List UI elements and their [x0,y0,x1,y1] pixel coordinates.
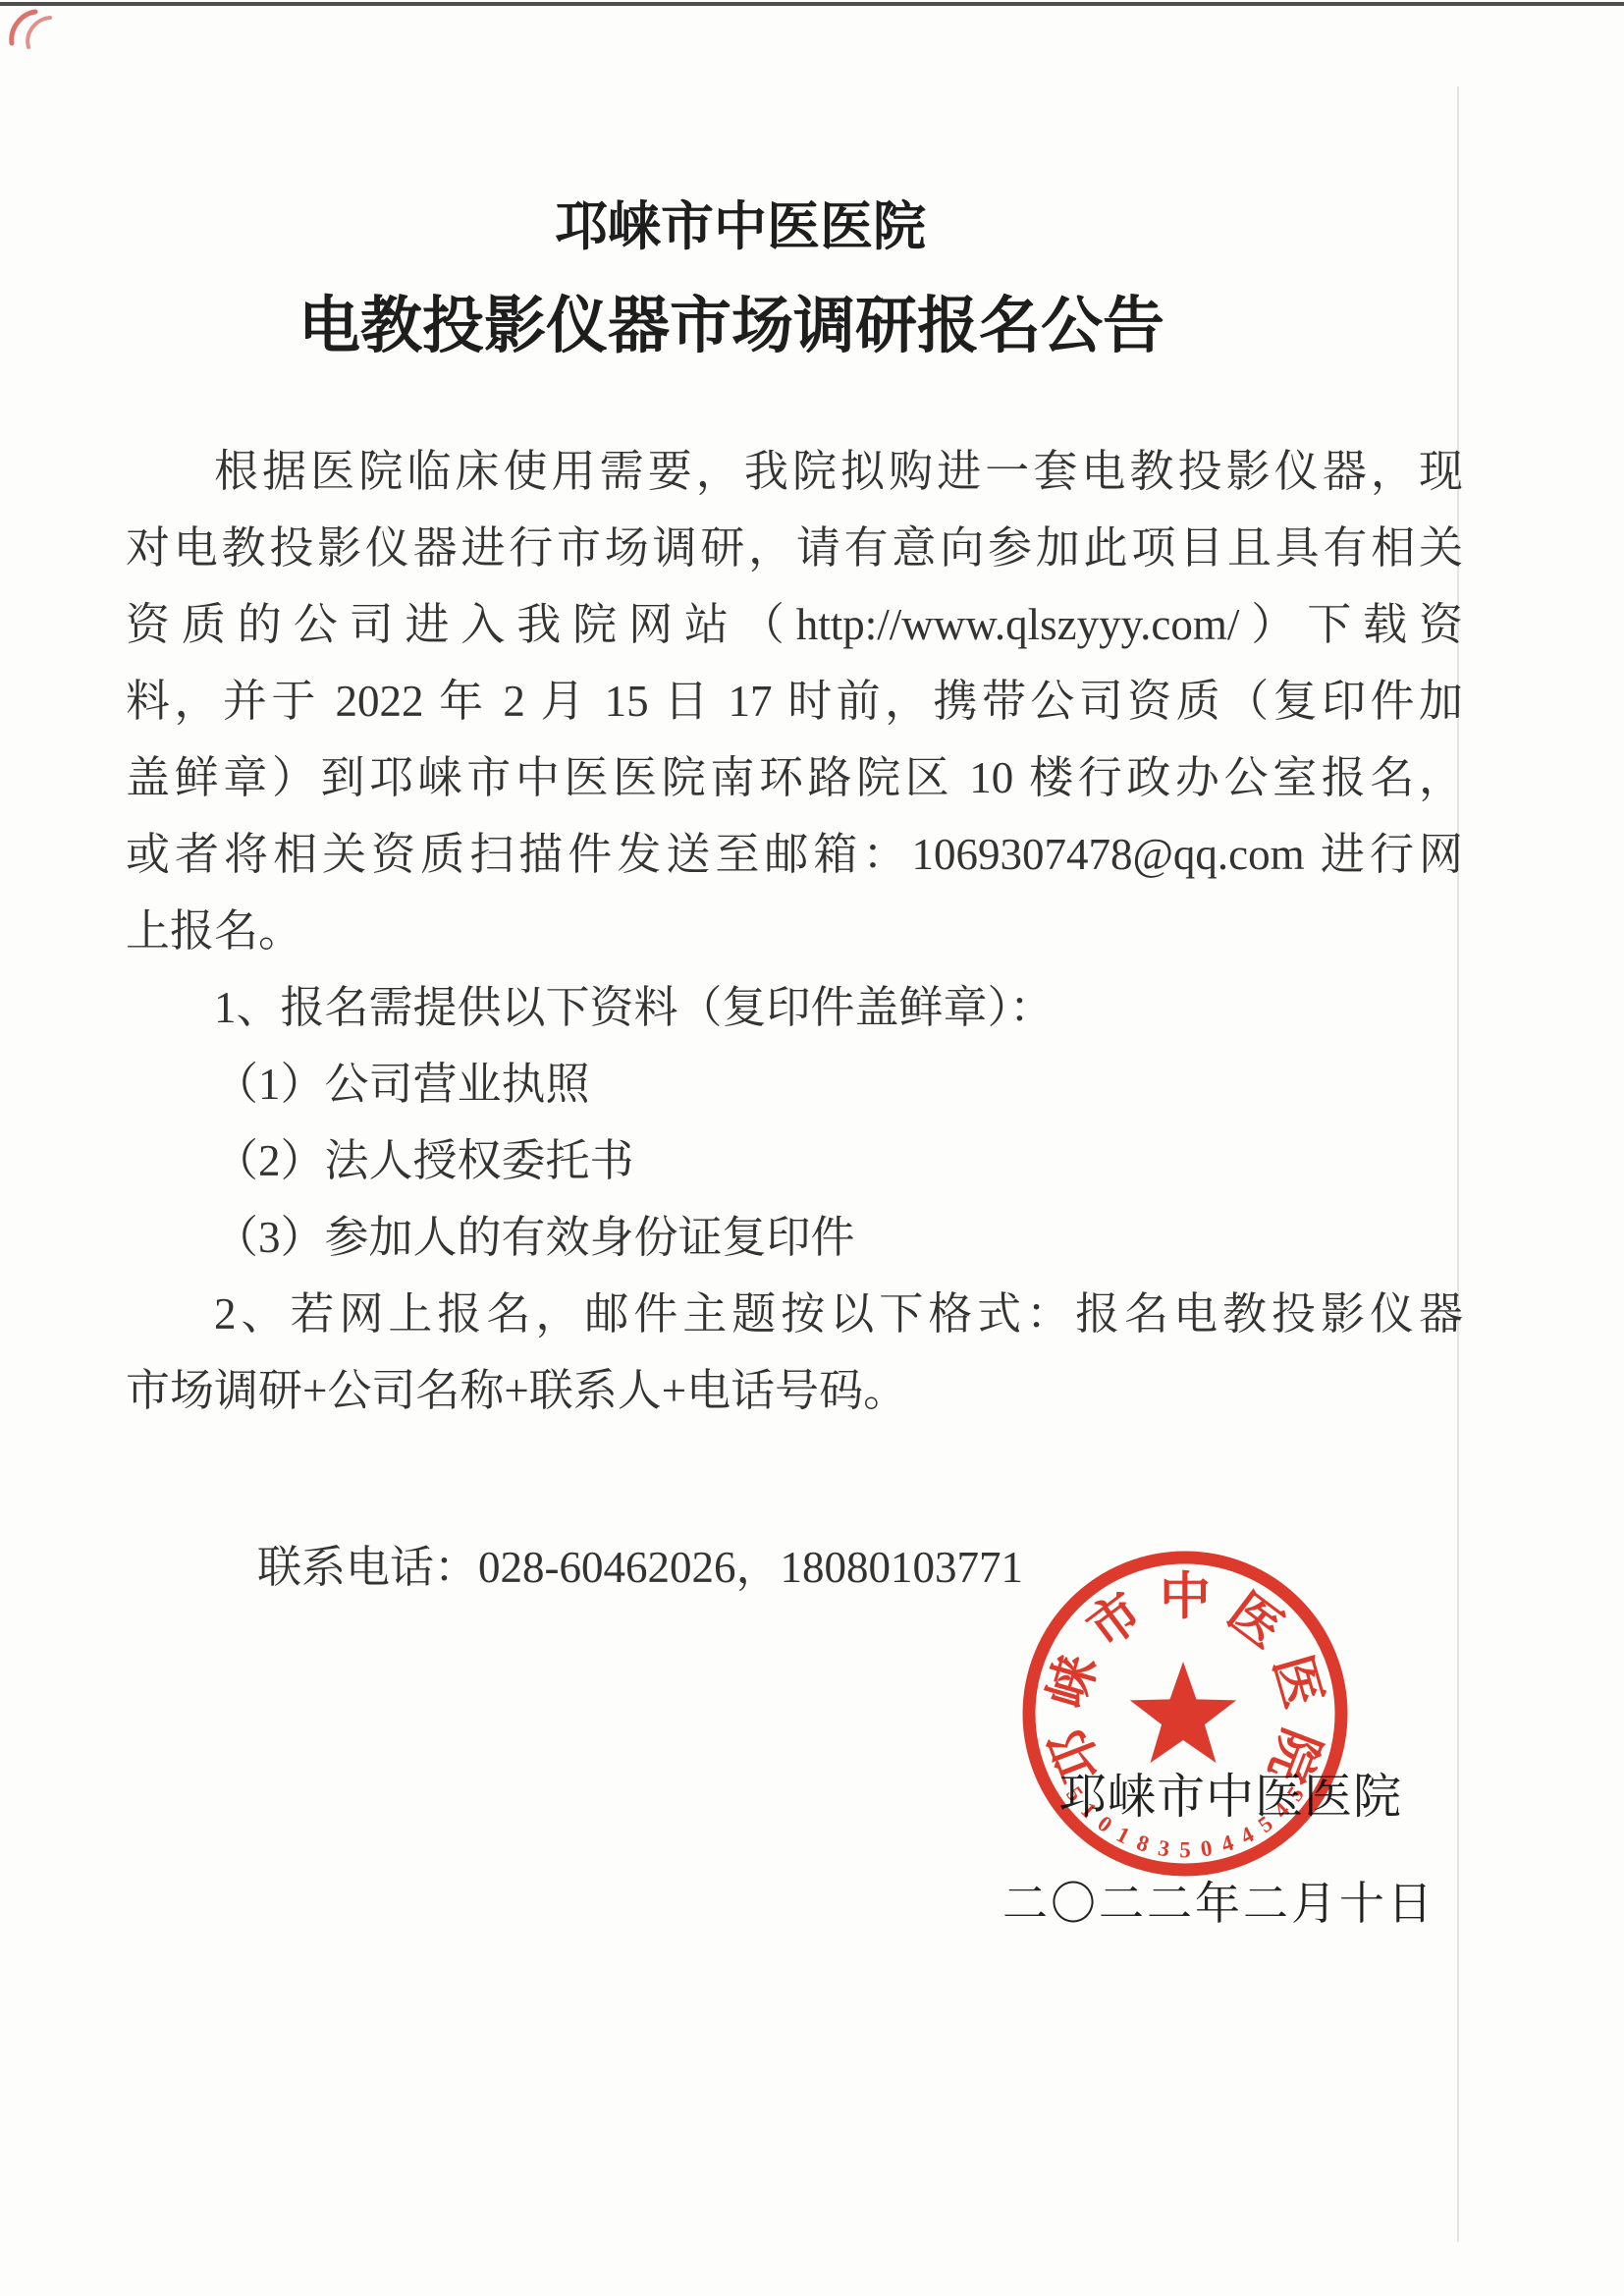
body-line-item: （3）参加人的有效身份证复印件 [126,1199,1463,1276]
body-line: 或者将相关资质扫描件发送至邮箱：1069307478@qq.com 进行网 [126,816,1463,893]
svg-text:医: 医 [1263,1650,1330,1715]
red-corner-artifact [2,2,81,61]
official-seal-svg: 邛崃市中医医院5101835044545 [1018,1547,1352,1881]
svg-text:3: 3 [1157,1835,1171,1861]
svg-text:中: 中 [1160,1569,1211,1626]
svg-text:0: 0 [1199,1835,1214,1861]
body-line-item: （1）公司营业执照 [126,1046,1463,1122]
svg-text:邛: 邛 [1042,1722,1112,1789]
scan-edge-artifact-top [0,2,1624,6]
svg-text:8: 8 [1134,1831,1153,1857]
document-body: 根据医院临床使用需要，我院拟购进一套电教投影仪器，现 对电教投影仪器进行市场调研… [126,433,1463,1429]
doc-title-line2: 电教投影仪器市场调研报名公告 [0,276,1543,365]
svg-text:5: 5 [1254,1811,1277,1837]
svg-text:1: 1 [1076,1797,1102,1823]
body-line-item: （2）法人授权委托书 [126,1122,1463,1199]
svg-text:4: 4 [1218,1830,1237,1856]
body-line-item: 2、若网上报名，邮件主题按以下格式：报名电教投影仪器 [126,1276,1463,1352]
body-line-item: 1、报名需提供以下资料（复印件盖鲜章）： [126,969,1463,1046]
body-line: 资质的公司进入我院网站（http://www.qlszyyy.com/）下载资 [126,586,1463,663]
svg-text:1: 1 [1112,1822,1134,1848]
body-line: 根据医院临床使用需要，我院拟购进一套电教投影仪器，现 [126,433,1463,510]
svg-text:4: 4 [1236,1822,1258,1849]
body-line: 市场调研+公司名称+联系人+电话号码。 [126,1352,1463,1429]
body-line: 料，并于 2022 年 2 月 15 日 17 时前，携带公司资质（复印件加 [126,663,1463,739]
body-line: 对电教投影仪器进行市场调研，请有意向参加此项目且具有相关 [126,510,1463,586]
svg-text:4: 4 [1269,1797,1294,1823]
contact-phone-line: 联系电话：028-60462026，18080103771 [257,1529,1023,1606]
body-line: 盖鲜章）到邛崃市中医医院南环路院区 10 楼行政办公室报名， [126,739,1463,816]
doc-title-line1: 邛崃市中医医院 [0,185,1552,260]
svg-text:崃: 崃 [1040,1650,1108,1715]
scanned-document-page: 邛崃市中医医院 电教投影仪器市场调研报名公告 根据医院临床使用需要，我院拟购进一… [0,0,1624,2296]
svg-text:院: 院 [1258,1722,1329,1789]
body-line: 上报名。 [126,893,1463,969]
svg-text:5: 5 [1179,1838,1191,1863]
official-seal: 邛崃市中医医院5101835044545 [1018,1547,1352,1881]
svg-text:0: 0 [1093,1811,1116,1837]
